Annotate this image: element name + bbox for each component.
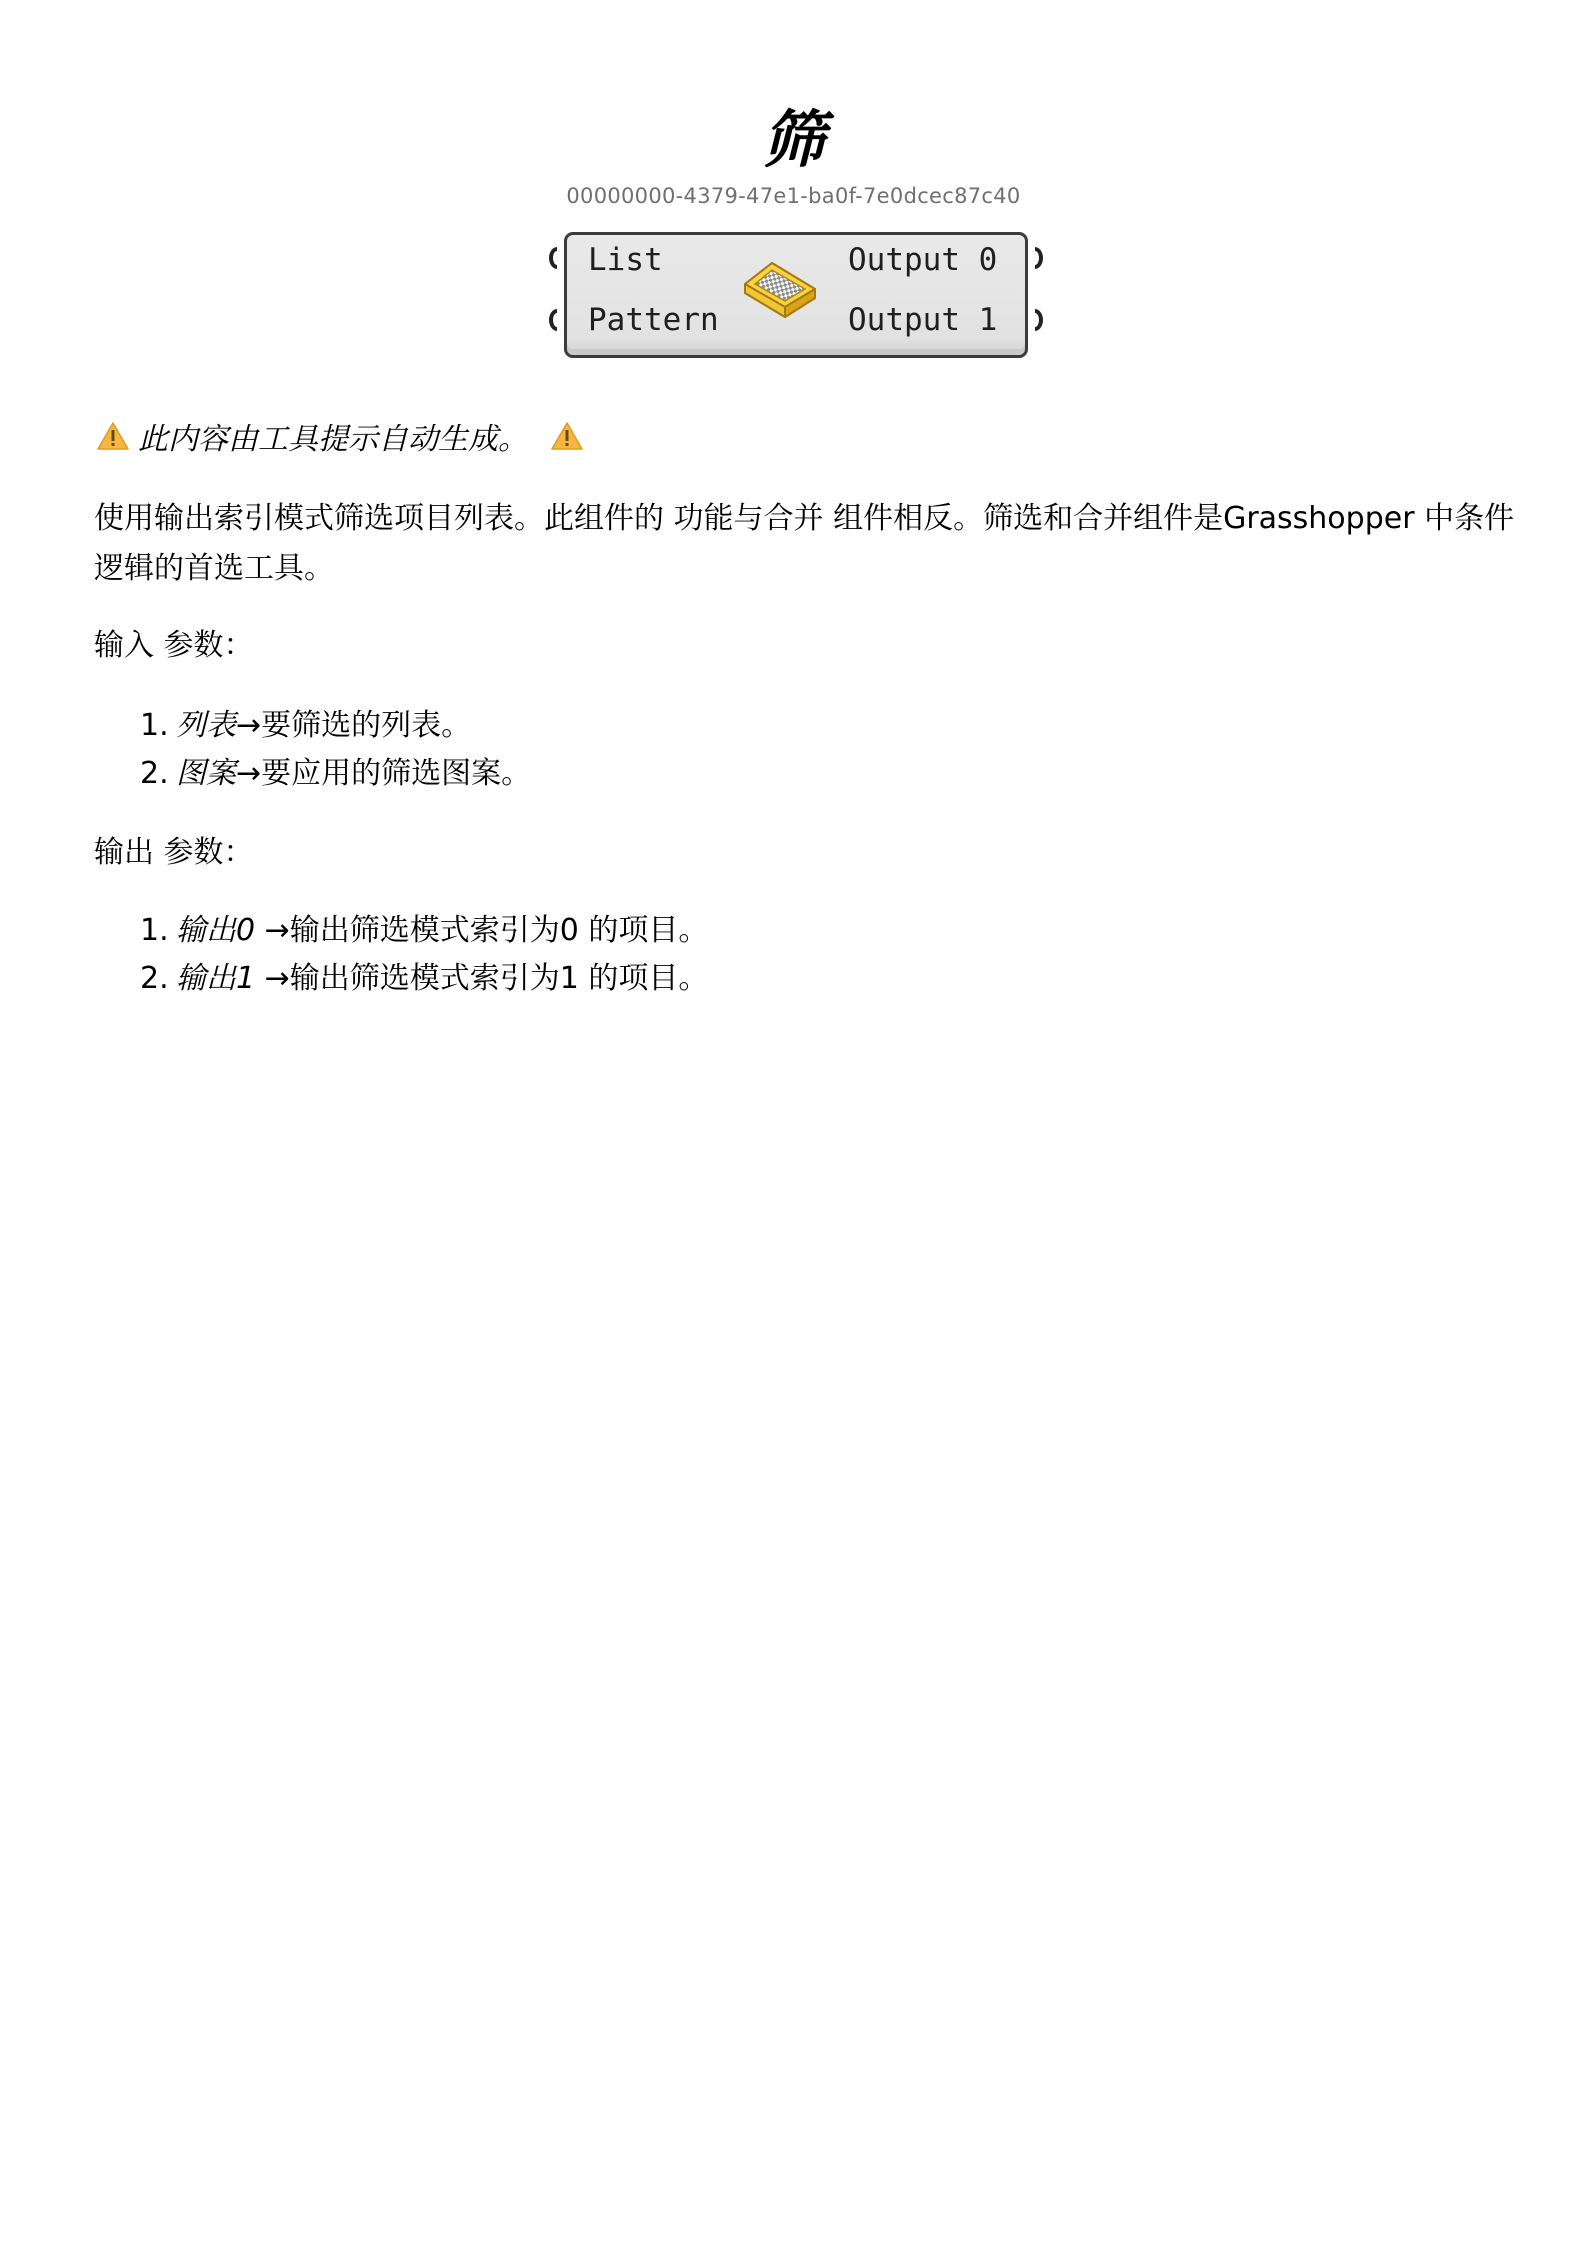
input-port-list xyxy=(549,247,565,269)
input-port-pattern xyxy=(549,309,565,331)
output-label-1: Output 1 xyxy=(848,302,997,338)
param-name: 列表 xyxy=(176,708,236,743)
inputs-list: 1.列表→要筛选的列表。 2.图案→要应用的筛选图案。 xyxy=(140,702,531,798)
sieve-icon xyxy=(743,259,817,323)
list-item: 2.输出1 →输出筛选模式索引为1 的项目。 xyxy=(140,955,708,1003)
outputs-heading: 输出 参数： xyxy=(94,833,254,873)
notice-text: 此内容由工具提示自动生成。 xyxy=(138,414,528,458)
description-paragraph: 使用输出索引模式筛选项目列表。此组件的 功能与合并 组件相反。筛选和合并组件是G… xyxy=(94,494,1524,594)
component-guid: 00000000-4379-47e1-ba0f-7e0dcec87c40 xyxy=(0,184,1587,208)
output-port-1 xyxy=(1027,309,1043,331)
page-title: 筛 xyxy=(0,104,1587,176)
param-name: 输出0 xyxy=(176,913,255,948)
param-name: 输出1 xyxy=(176,961,255,996)
output-label-0: Output 0 xyxy=(848,242,997,278)
warning-icon xyxy=(96,421,130,451)
auto-generated-notice: 此内容由工具提示自动生成。 xyxy=(96,414,584,458)
input-label-pattern: Pattern xyxy=(588,302,719,338)
outputs-list: 1.输出0 →输出筛选模式索引为0 的项目。 2.输出1 →输出筛选模式索引为1… xyxy=(140,907,708,1003)
output-port-0 xyxy=(1027,247,1043,269)
param-name: 图案 xyxy=(176,756,236,791)
list-item: 2.图案→要应用的筛选图案。 xyxy=(140,750,531,798)
list-item: 1.输出0 →输出筛选模式索引为0 的项目。 xyxy=(140,907,708,955)
inputs-heading: 输入 参数： xyxy=(94,626,254,666)
input-label-list: List xyxy=(588,242,663,278)
list-item: 1.列表→要筛选的列表。 xyxy=(140,702,531,750)
warning-icon xyxy=(550,421,584,451)
